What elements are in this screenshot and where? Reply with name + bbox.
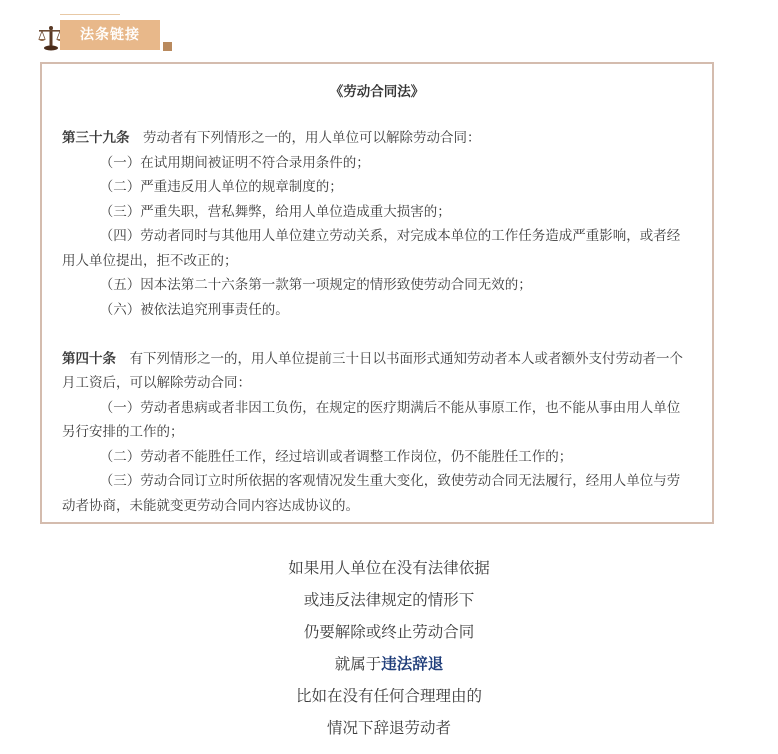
article-40-intro: 第四十条 有下列情形之一的，用人单位提前三十日以书面形式通知劳动者本人或者额外支…	[62, 347, 690, 396]
article-39-intro-text: 劳动者有下列情形之一的，用人单位可以解除劳动合同：	[143, 130, 481, 146]
law-link-tag: 法条链接	[36, 14, 186, 54]
article-40-intro-text: 有下列情形之一的，用人单位提前三十日以书面形式通知劳动者本人或者额外支付劳动者一…	[62, 351, 683, 392]
article-39-item: （四）劳动者同时与其他用人单位建立劳动关系，对完成本单位的工作任务造成严重影响，…	[62, 224, 690, 273]
article-39-item: （六）被依法追究刑事责任的。	[62, 298, 690, 323]
article-39-item: （一）在试用期间被证明不符合录用条件的；	[62, 151, 690, 176]
article-39-item: （五）因本法第二十六条第一款第一项规定的情形致使劳动合同无效的；	[62, 273, 690, 298]
law-excerpt-box: 《劳动合同法》 第三十九条 劳动者有下列情形之一的，用人单位可以解除劳动合同： …	[40, 62, 714, 524]
text-line: 就属于违法辞退	[0, 652, 778, 684]
article-39-heading: 第三十九条	[62, 130, 130, 146]
paragraph-gap	[62, 322, 690, 347]
text-line: 或违反法律规定的情形下	[0, 588, 778, 620]
text-line: 比如在没有任何合理理由的	[0, 684, 778, 716]
text-line: 情况下辞退劳动者	[0, 716, 778, 748]
article-40-heading: 第四十条	[62, 351, 116, 367]
tag-label: 法条链接	[60, 20, 160, 50]
tag-decor-line	[60, 14, 120, 15]
text-line: 如果用人单位在没有法律依据	[0, 556, 778, 588]
explanation-text: 如果用人单位在没有法律依据 或违反法律规定的情形下 仍要解除或终止劳动合同 就属…	[0, 556, 778, 748]
tag-accent-square	[163, 42, 172, 51]
text-prefix: 就属于	[335, 655, 382, 673]
text-line: 仍要解除或终止劳动合同	[0, 620, 778, 652]
article-40-item: （一）劳动者患病或者非因工负伤，在规定的医疗期满后不能从事原工作，也不能从事由用…	[62, 396, 690, 445]
highlight-illegal-dismissal: 违法辞退	[381, 655, 443, 673]
law-title: 《劳动合同法》	[42, 80, 712, 100]
article-39-item: （二）严重违反用人单位的规章制度的；	[62, 175, 690, 200]
article-40-item: （二）劳动者不能胜任工作，经过培训或者调整工作岗位，仍不能胜任工作的；	[62, 445, 690, 470]
article-39-item: （三）严重失职，营私舞弊，给用人单位造成重大损害的；	[62, 200, 690, 225]
law-body: 第三十九条 劳动者有下列情形之一的，用人单位可以解除劳动合同： （一）在试用期间…	[62, 126, 690, 518]
article-40-item: （三）劳动合同订立时所依据的客观情况发生重大变化，致使劳动合同无法履行，经用人单…	[62, 469, 690, 518]
article-39-intro: 第三十九条 劳动者有下列情形之一的，用人单位可以解除劳动合同：	[62, 126, 690, 151]
